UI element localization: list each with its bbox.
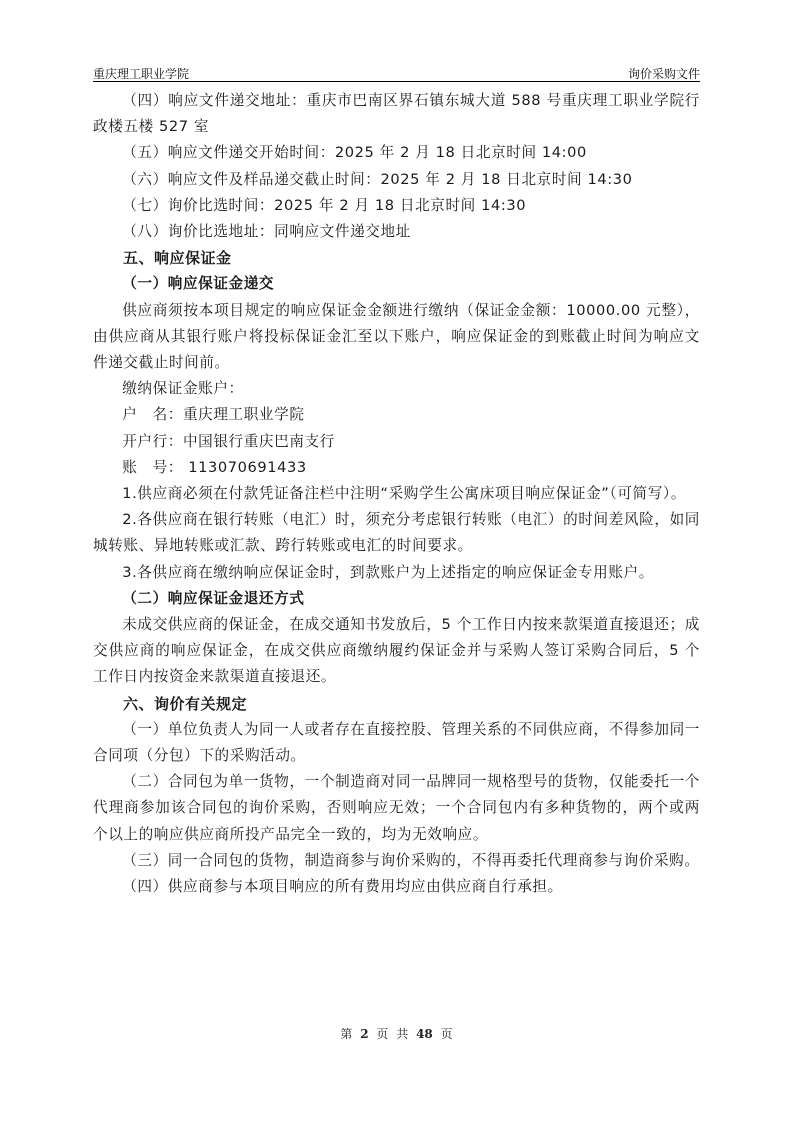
header-institution: 重庆理工职业学院 [93, 65, 189, 82]
account-number: 账 号： 113070691433 [93, 455, 700, 481]
submission-address: （四）响应文件递交地址：重庆市巴南区界石镇东城大道 588 号重庆理工职业学院行… [93, 88, 700, 140]
page-header: 重庆理工职业学院 询价采购文件 [93, 64, 700, 82]
header-document-type: 询价采购文件 [628, 65, 700, 82]
rule-3: （三）同一合同包的货物，制造商参与询价采购的，不得再委托代理商参与询价采购。 [93, 848, 700, 874]
account-name: 户 名：重庆理工职业学院 [93, 402, 700, 428]
rule-1: （一）单位负责人为同一人或者存在直接控股、管理关系的不同供应商，不得参加同一合同… [93, 717, 700, 769]
deposit-note-3: 3.各供应商在缴纳响应保证金时，到款账户为上述指定的响应保证金专用账户。 [93, 560, 700, 586]
submission-deadline: （六）响应文件及样品递交截止时间：2025 年 2 月 18 日北京时间 14:… [93, 167, 700, 193]
section-6-title: 六、询价有关规定 [93, 691, 700, 717]
deposit-requirement: 供应商须按本项目规定的响应保证金金额进行缴纳（保证金金额：10000.00 元整… [93, 298, 700, 377]
document-body: （四）响应文件递交地址：重庆市巴南区界石镇东城大道 588 号重庆理工职业学院行… [93, 88, 700, 900]
page-footer: 第 2 页 共 48 页 [0, 1025, 793, 1042]
total-page-count: 48 [416, 1027, 433, 1041]
comparison-time: （七）询价比选时间：2025 年 2 月 18 日北京时间 14:30 [93, 193, 700, 219]
deposit-account-intro: 缴纳保证金账户： [93, 376, 700, 402]
deposit-note-2: 2.各供应商在银行转账（电汇）时，须充分考虑银行转账（电汇）的时间差风险，如同城… [93, 507, 700, 559]
deposit-note-1: 1.供应商必须在付款凭证备注栏中注明“采购学生公寓床项目响应保证金”（可简写）。 [93, 481, 700, 507]
footer-prefix: 第 [340, 1027, 352, 1041]
deposit-refund-method: 未成交供应商的保证金，在成交通知书发放后，5 个工作日内按来款渠道直接退还；成交… [93, 612, 700, 691]
section-5-title: 五、响应保证金 [93, 245, 700, 271]
submission-start-time: （五）响应文件递交开始时间：2025 年 2 月 18 日北京时间 14:00 [93, 140, 700, 166]
footer-suffix: 页 [441, 1027, 453, 1041]
comparison-address: （八）询价比选地址：同响应文件递交地址 [93, 219, 700, 245]
account-bank: 开户行：中国银行重庆巴南支行 [93, 429, 700, 455]
footer-mid: 页 共 [376, 1027, 408, 1041]
rule-2: （二）合同包为单一货物，一个制造商对同一品牌同一规格型号的货物，仅能委托一个代理… [93, 769, 700, 848]
section-5-subsection-1-title: （一）响应保证金递交 [93, 271, 700, 297]
rule-4: （四）供应商参与本项目响应的所有费用均应由供应商自行承担。 [93, 874, 700, 900]
current-page-number: 2 [360, 1027, 368, 1041]
section-5-subsection-2-title: （二）响应保证金退还方式 [93, 586, 700, 612]
